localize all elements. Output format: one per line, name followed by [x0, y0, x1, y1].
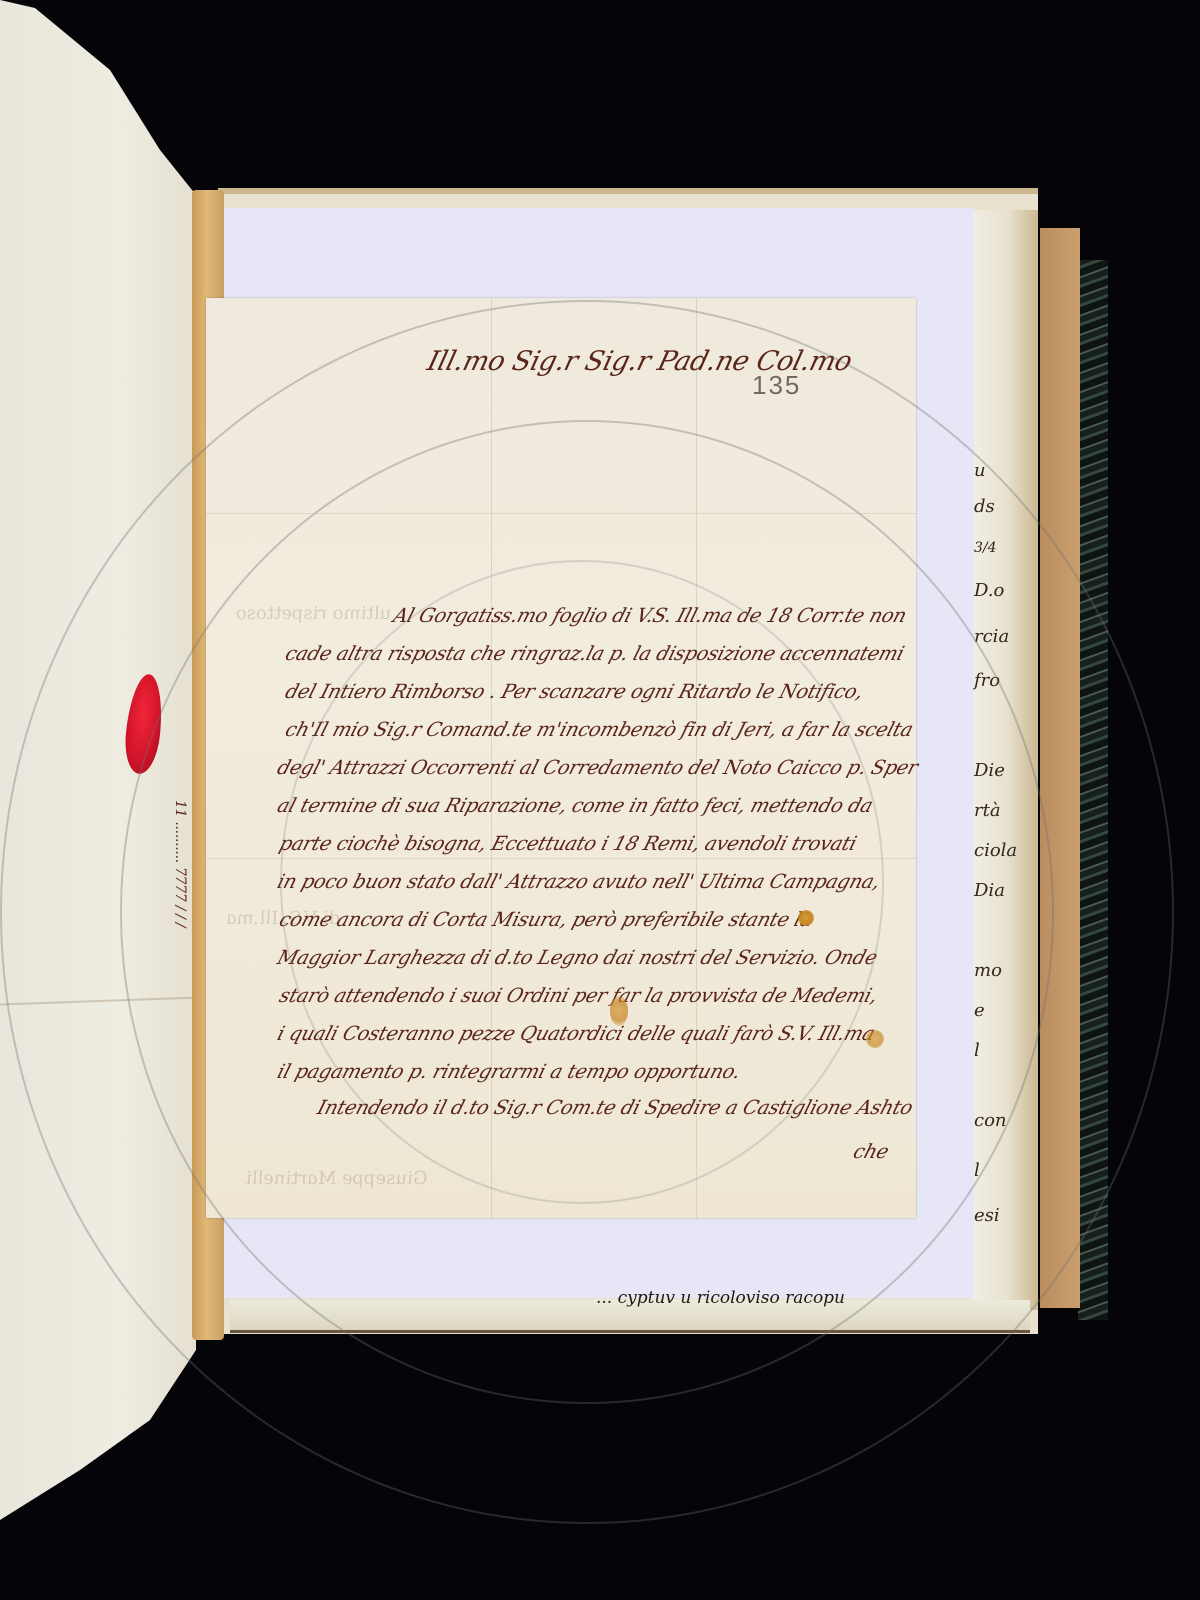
margin-fragment: esi	[974, 1205, 1000, 1226]
margin-fragment: rtà	[974, 800, 1001, 821]
margin-fragment: l	[974, 1040, 980, 1061]
margin-fragment: e	[974, 1000, 985, 1021]
bleed-through-text: ultimo rispettoso	[234, 603, 394, 624]
letter-line: cade altra risposta che ringraz.la p. la…	[283, 642, 907, 665]
right-margin-fragments: u ds 3/4 D.o rcia fro Die rtà ciola Dia …	[974, 460, 1034, 1240]
marbled-cover-edge	[1078, 260, 1108, 1320]
left-page-vertical-note: 11 .......... 7777 / / /	[168, 800, 188, 1100]
margin-fragment: Dia	[974, 880, 1005, 901]
letter-line: degl' Attrazzi Occorrenti al Corredament…	[275, 756, 921, 779]
margin-fragment: Die	[974, 760, 1005, 781]
margin-fragment: 3/4	[974, 540, 997, 556]
margin-fragment: ciola	[974, 840, 1017, 861]
folio-number: 135	[752, 370, 801, 401]
letter-line: al termine di sua Riparazione, come in f…	[275, 794, 876, 817]
letter-sheet: ultimo rispettoso di V.S. Ill.ma Giusepp…	[206, 298, 916, 1218]
letter-line: starò attendendo i suoi Ordini per far l…	[277, 984, 880, 1007]
margin-fragment: con	[974, 1110, 1007, 1131]
letter-line: come ancora di Corta Misura, però prefer…	[277, 908, 816, 931]
margin-fragment: D.o	[974, 580, 1004, 601]
letter-line: parte ciochè bisogna, Eccettuato i 18 Re…	[277, 832, 860, 855]
margin-fragment: fro	[974, 670, 1000, 691]
fold-line	[206, 858, 916, 859]
letter-line: il pagamento p. rintegrarmi a tempo oppo…	[275, 1060, 744, 1083]
margin-fragment: l	[974, 1160, 980, 1181]
margin-fragment: ds	[974, 496, 995, 517]
letter-line: in poco buon stato dall' Attrazzo avuto …	[275, 870, 883, 893]
letter-line: Intendendo il d.to Sig.r Com.te di Spedi…	[315, 1096, 916, 1119]
letter-catchword: che	[851, 1140, 892, 1163]
letter-line: ch'Il mio Sig.r Comand.te m'incombenzò f…	[283, 718, 916, 741]
margin-fragment: rcia	[974, 626, 1009, 647]
cover-board	[1040, 228, 1080, 1308]
letter-line: Al Gorgatiss.mo foglio di V.S. Ill.ma de…	[391, 604, 910, 627]
bottom-fragment-text: ... cyptuv u ricoloviso racopu	[596, 1288, 845, 1308]
fold-line	[206, 513, 916, 514]
margin-fragment: u	[974, 460, 986, 481]
stain	[610, 996, 628, 1026]
bleed-through-text: Giuseppe Martinelli	[244, 1168, 430, 1189]
margin-fragment: mo	[974, 960, 1002, 981]
letter-line: del Intiero Rimborso . Per scanzare ogni…	[283, 680, 866, 703]
letter-line: Maggior Larghezza di d.to Legno dai nost…	[275, 946, 880, 969]
stain	[798, 910, 814, 926]
letter-line: i quali Costeranno pezze Quatordici dell…	[275, 1022, 878, 1045]
stain	[866, 1030, 884, 1048]
